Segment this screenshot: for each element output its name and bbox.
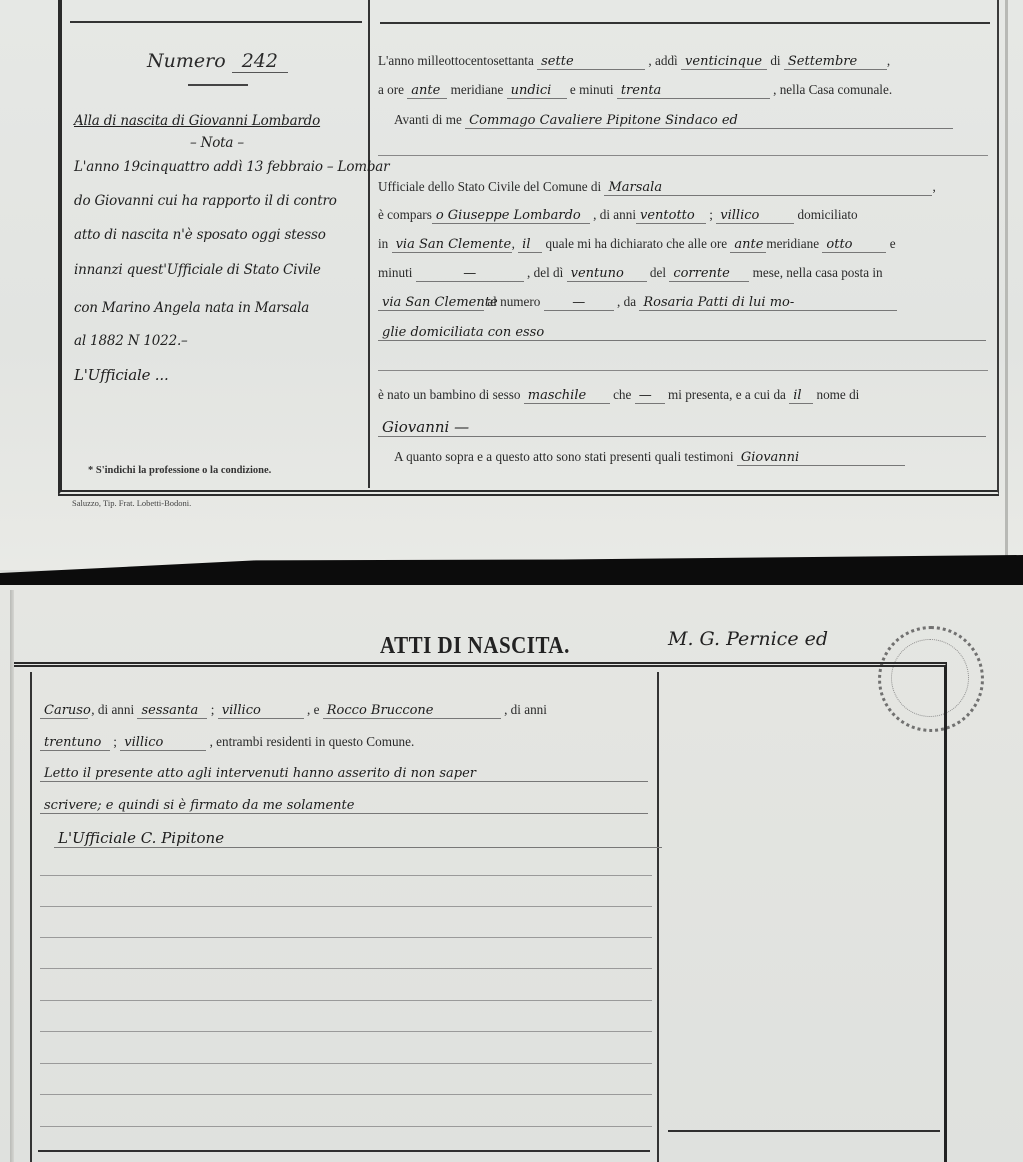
printed-text: è compars: [378, 207, 432, 222]
record-line-9: glie domiciliata con esso: [378, 324, 986, 341]
mother-field: Rosaria Patti di lui mo-: [639, 295, 897, 311]
lower-line-3: Letto il presente atto agli intervenuti …: [40, 765, 648, 782]
record-number: Numero 242: [70, 50, 365, 72]
declarant-address-field: via San Clemente: [392, 237, 512, 253]
printed-text: , nella Casa comunale.: [773, 82, 892, 97]
witness2-name-field: Rocco Bruccone: [323, 703, 501, 719]
minutes-field: trenta: [617, 83, 770, 99]
witness2-age-field: trentuno: [40, 735, 110, 751]
printed-text: ,: [512, 236, 515, 251]
printed-text: , e: [307, 702, 319, 717]
lower-line-5: L'Ufficiale C. Pipitone: [40, 829, 662, 848]
closing-rule: [38, 1150, 650, 1152]
house-number-field: —: [544, 295, 614, 311]
article-field: il: [518, 237, 542, 253]
blank-rule: [378, 370, 988, 371]
declarant-profession-field: villico: [716, 208, 794, 224]
blank-rule: [40, 1094, 652, 1095]
blank-rule: [40, 1031, 652, 1032]
lower-line-4: scrivere; e quindi si è firmato da me so…: [40, 797, 648, 814]
printed-text: del: [650, 265, 666, 280]
note-line-3: L'anno 19cinquattro addì 13 febbraio – L…: [74, 159, 389, 175]
officer-signature-field: L'Ufficiale C. Pipitone: [54, 829, 662, 848]
footnote: * S'indichi la professione o la condizio…: [88, 465, 271, 476]
printed-text: a ore: [378, 82, 404, 97]
printed-text: e minuti: [570, 82, 614, 97]
blank-rule: [40, 1000, 652, 1001]
closing-statement-line2: scrivere; e quindi si è firmato da me so…: [40, 798, 648, 814]
record-line-11: Giovanni —: [378, 418, 986, 437]
record-line-8: via San Clemente al numero — , da Rosari…: [378, 294, 897, 311]
header-rule-left: [70, 21, 362, 23]
blank-rule: [378, 155, 988, 156]
printed-text: di: [770, 53, 780, 68]
lower-line-1: Caruso , di anni sessanta ; villico , e …: [40, 702, 547, 719]
printed-text: al numero: [487, 294, 540, 309]
printed-text: mi presenta, e a cui da: [668, 387, 786, 402]
ante-post-field: ante: [407, 83, 447, 99]
witness1-profession-field: villico: [218, 703, 304, 719]
child-name-field: Giovanni —: [378, 418, 986, 437]
left-column-border: [30, 672, 32, 1162]
printed-text: A quanto sopra e a questo atto sono stat…: [394, 449, 734, 464]
printed-text: minuti: [378, 265, 412, 280]
closing-rule-right: [668, 1130, 940, 1132]
declarant-name-field: o Giuseppe Lombardo: [432, 208, 590, 224]
printed-text: Avanti di me: [394, 112, 462, 127]
note-line-6: innanzi quest'Ufficiale di Stato Civile: [74, 262, 321, 278]
printed-text: , addì: [648, 53, 677, 68]
birth-ante-post-field: ante: [730, 237, 766, 253]
sex-field: maschile: [524, 388, 610, 404]
printed-text: , da: [617, 294, 636, 309]
printer-imprint: Saluzzo, Tip. Frat. Lobetti-Bodoni.: [72, 498, 191, 508]
note-line-2: – Nota –: [190, 135, 244, 151]
record-line-6: in via San Clemente, il quale mi ha dich…: [378, 236, 896, 253]
birth-minutes-field: —: [416, 266, 524, 282]
margin-signature: M. G. Pernice ed: [668, 628, 828, 650]
column-divider: [368, 0, 370, 488]
column-divider: [657, 672, 659, 1162]
printed-text: L'anno milleottocentosettanta: [378, 53, 534, 68]
note-line-7: con Marino Angela nata in Marsala: [74, 300, 309, 316]
article-field: il: [789, 388, 813, 404]
page-fold-edge: [1005, 0, 1008, 560]
record-line-5: è comparso Giuseppe Lombardo , di annive…: [378, 207, 858, 224]
printed-text: , di anni: [504, 702, 547, 717]
printed-text: , del dì: [527, 265, 563, 280]
note-line-9: L'Ufficiale ...: [74, 366, 169, 384]
printed-text: meridiane: [766, 236, 819, 251]
comune-field: Marsala: [604, 180, 932, 196]
day-field: venticinque: [681, 54, 767, 70]
record-line-7: minuti — , del dì ventuno del corrente m…: [378, 265, 883, 282]
year-field: sette: [537, 54, 645, 70]
hour-field: undici: [507, 83, 567, 99]
blank-rule: [40, 875, 652, 876]
record-line-4: Ufficiale dello Stato Civile del Comune …: [378, 179, 936, 196]
note-line-8: al 1882 N 1022.–: [74, 333, 188, 349]
blank-rule: [40, 1063, 652, 1064]
record-line-3: Avanti di me Commago Cavaliere Pipitone …: [378, 112, 953, 129]
printed-text: ;: [113, 734, 117, 749]
note-line-1: Alla di nascita di Giovanni Lombardo: [74, 113, 320, 129]
birth-hour-field: otto: [822, 237, 886, 253]
printed-text: ,: [887, 53, 890, 68]
blank-rule: [40, 968, 652, 969]
printed-text: in: [378, 236, 388, 251]
printed-text: che: [613, 387, 631, 402]
printed-text: meridiane: [451, 82, 504, 97]
printed-text: ;: [211, 702, 215, 717]
printed-text: Ufficiale dello Stato Civile del Comune …: [378, 179, 601, 194]
note-line-4: do Giovanni cui ha rapporto il di contro: [74, 193, 337, 209]
blank-rule: [40, 937, 652, 938]
printed-text: ;: [709, 207, 713, 222]
printed-text: e: [890, 236, 896, 251]
header-rule-right: [380, 22, 990, 24]
witness1-surname-field: Caruso: [40, 703, 88, 719]
printed-text: nome di: [816, 387, 859, 402]
closing-statement-line1: Letto il presente atto agli intervenuti …: [40, 766, 648, 782]
record-line-12: A quanto sopra e a questo atto sono stat…: [378, 449, 905, 466]
printed-text: , di anni: [91, 702, 134, 717]
declarant-age-field: ventotto: [636, 208, 706, 224]
witness-field: Giovanni: [737, 450, 905, 466]
blank-rule: [40, 1126, 652, 1127]
printed-text: quale mi ha dichiarato che alle ore: [545, 236, 727, 251]
margin-note-column: Numero 242: [70, 50, 365, 86]
numero-label: Numero: [147, 50, 226, 72]
numero-value: 242: [232, 50, 288, 73]
officer-field: Commago Cavaliere Pipitone Sindaco ed: [465, 113, 953, 129]
witness1-age-field: sessanta: [137, 703, 207, 719]
blank-rule: [40, 906, 652, 907]
flourish-divider: [188, 84, 248, 86]
mother-domicile-field: glie domiciliata con esso: [378, 325, 986, 341]
record-line-2: a ore ante meridiane undici e minuti tre…: [378, 82, 892, 99]
presented-field: —: [635, 388, 665, 404]
page-title: ATTI DI NASCITA.: [380, 631, 570, 660]
month-field: Settembre: [784, 54, 887, 70]
birth-month-field: corrente: [669, 266, 749, 282]
printed-text: domiciliato: [798, 207, 858, 222]
printed-text: ,: [932, 179, 935, 194]
record-line-10: è nato un bambino di sesso maschile che …: [378, 387, 859, 404]
record-line-1: L'anno milleottocentosettanta sette , ad…: [378, 53, 890, 70]
printed-text: è nato un bambino di sesso: [378, 387, 520, 402]
printed-text: mese, nella casa posta in: [753, 265, 883, 280]
printed-text: , entrambi residenti in questo Comune.: [210, 734, 415, 749]
witness2-profession-field: villico: [120, 735, 206, 751]
birth-address-field: via San Clemente: [378, 295, 484, 311]
lower-line-2: trentuno ; villico , entrambi residenti …: [40, 734, 414, 751]
note-line-5: atto di nascita n'è sposato oggi stesso: [74, 227, 326, 243]
printed-text: , di anni: [593, 207, 636, 222]
birth-day-field: ventuno: [567, 266, 647, 282]
